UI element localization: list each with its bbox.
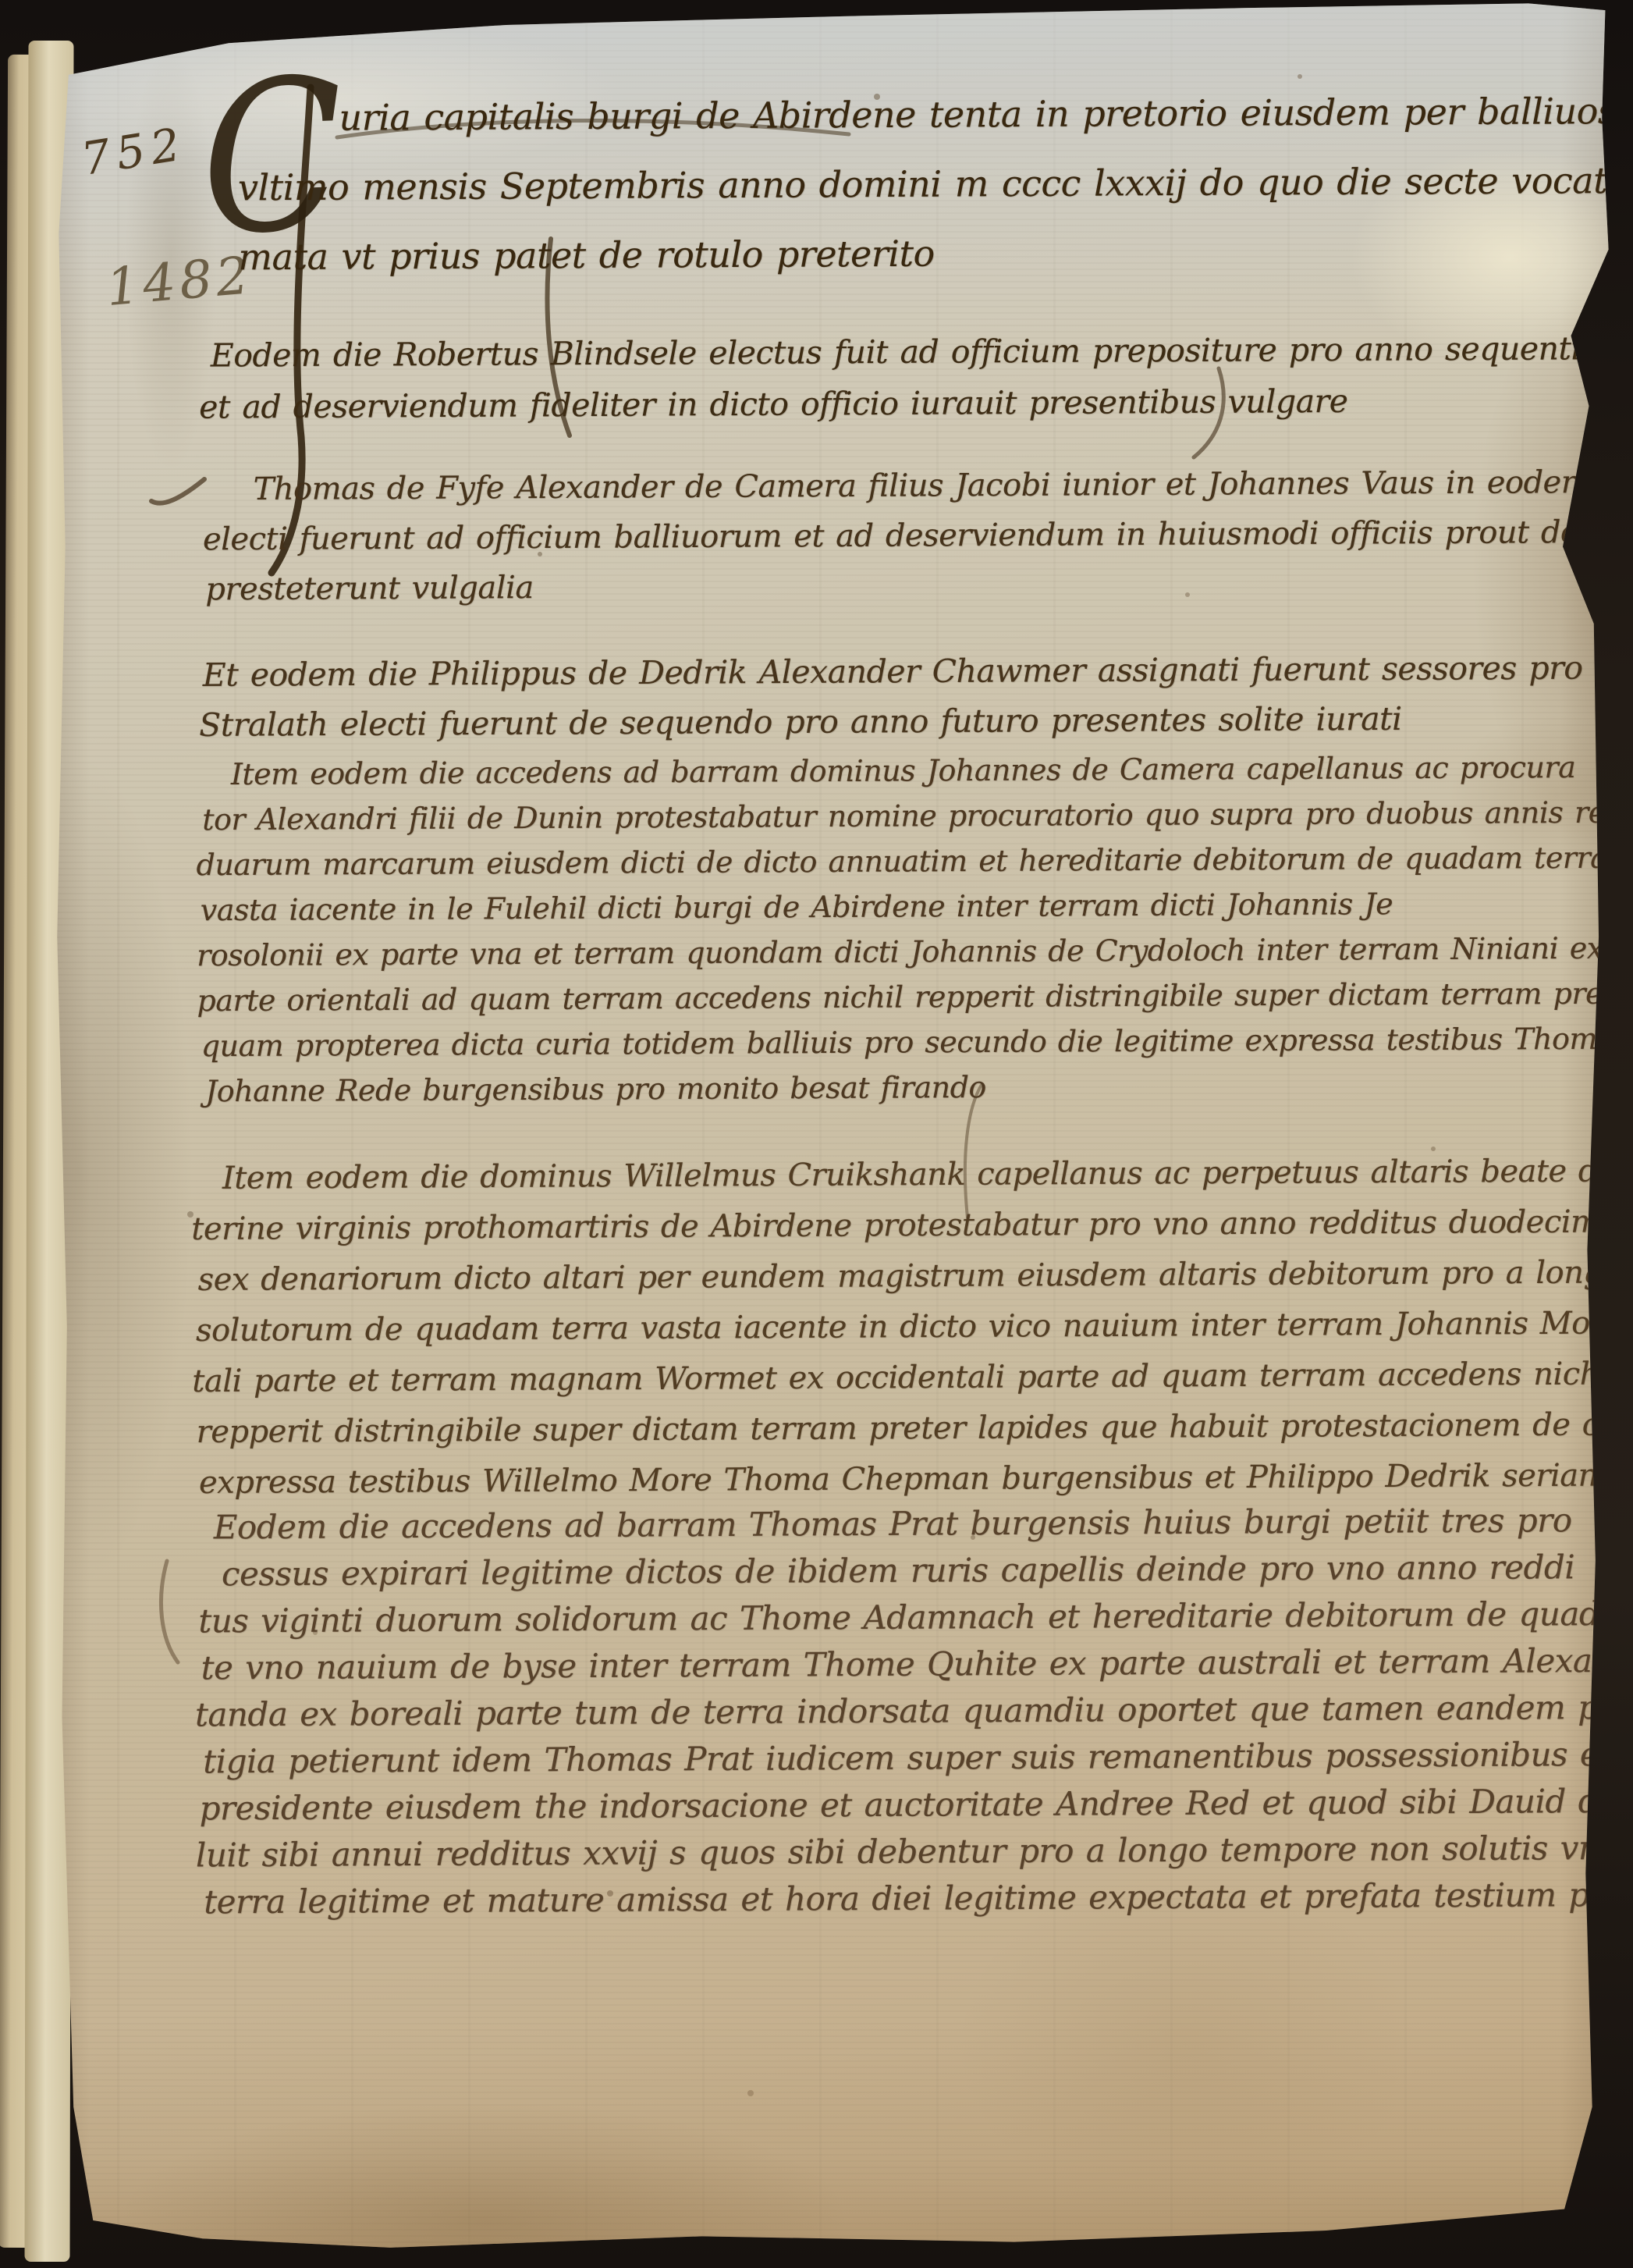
court-entry-paragraph: Eodem die Robertus Blindsele electus fui… [199, 322, 1582, 432]
court-entry-paragraph: Eodem die accedens ad barram Thomas Prat… [194, 1495, 1633, 1925]
manuscript-line: Eodem die Robertus Blindsele electus fui… [199, 322, 1582, 381]
manuscript-line: Item eodem die accedens ad barram dominu… [196, 744, 1633, 797]
manuscript-line: Thomas de Fyfe Alexander de Camera filiu… [199, 457, 1633, 515]
manuscript-line: repperit distringibile super dictam terr… [193, 1398, 1633, 1458]
manuscript-line: sex denariorum dicto altari per eundem m… [192, 1246, 1633, 1306]
manuscript-line: terine virginis prothomartiris de Abirde… [191, 1195, 1633, 1255]
heading-line: mata vt prius patet de rotulo preterito [199, 214, 1633, 292]
manuscript-line: presidente eiusdem the indorsacione et a… [195, 1776, 1633, 1832]
court-entry-paragraph: Thomas de Fyfe Alexander de Camera filiu… [199, 457, 1633, 615]
manuscript-line: duarum marcarum eiusdem dicti de dicto a… [196, 834, 1633, 887]
manuscript-line: rosolonii ex parte vna et terram quondam… [197, 925, 1633, 978]
manuscript-line: Stralath electi fuerunt de sequendo pro … [199, 692, 1633, 750]
manuscript-line: Johanne Rede burgensibus pro monito besa… [197, 1061, 1633, 1114]
photograph-backdrop: 752 1482 C uria capitalis burgi de Abird… [0, 0, 1633, 2268]
manuscript-line: te vno nauium de byse inter terram Thome… [195, 1636, 1633, 1691]
manuscript-line: tanda ex boreali parte tum de terra indo… [195, 1683, 1633, 1738]
manuscript-line: et ad deserviendum fideliter in dicto of… [199, 374, 1582, 432]
manuscript-line: tali parte et terram magnam Wormet ex oc… [192, 1347, 1633, 1407]
manuscript-line: Eodem die accedens ad barram Thomas Prat… [194, 1495, 1633, 1551]
manuscript-line: vasta iacente in le Fulehil dicti burgi … [197, 880, 1633, 933]
manuscript-line: tus viginti duorum solidorum ac Thome Ad… [194, 1589, 1633, 1644]
heading-line: vltimo mensis Septembris anno domini m c… [199, 144, 1633, 222]
heading-paragraph: uria capitalis burgi de Abirdene tenta i… [198, 75, 1633, 292]
manuscript-line: Et eodem die Philippus de Dedrik Alexand… [199, 642, 1633, 700]
manuscript-line: electi fuerunt ad officium balliuorum et… [199, 507, 1633, 565]
manuscript-line: parte orientali ad quam terram accedens … [197, 970, 1633, 1023]
heading-line: uria capitalis burgi de Abirdene tenta i… [198, 75, 1633, 153]
court-entry-paragraph: Et eodem die Philippus de Dedrik Alexand… [199, 642, 1633, 750]
manuscript-line: terra legitime et mature amissa et hora … [196, 1870, 1633, 1925]
manuscript-line: solutorum de quadam terra vasta iacente … [192, 1296, 1633, 1356]
manuscript-line: quam propterea dicta curia totidem balli… [197, 1015, 1633, 1068]
manuscript-line: Item eodem die dominus Willelmus Cruiksh… [191, 1144, 1633, 1204]
manuscript-line: cessus expirari legitime dictos de ibide… [194, 1542, 1633, 1598]
manuscript-line: presteterunt vulgalia [199, 556, 1633, 615]
court-entry-paragraph: Item eodem die dominus Willelmus Cruiksh… [191, 1144, 1633, 1509]
paper-specks [0, 0, 3, 3]
manuscript-line: luit sibi annui redditus xxvij s quos si… [196, 1823, 1633, 1879]
manuscript-line: tor Alexandri filii de Dunin protestabat… [196, 789, 1633, 842]
manuscript-line: tigia petierunt idem Thomas Prat iudicem… [195, 1729, 1633, 1785]
manuscript-page: 752 1482 C uria capitalis burgi de Abird… [0, 0, 1633, 2268]
court-entry-paragraph: Item eodem die accedens ad barram dominu… [196, 744, 1633, 1114]
